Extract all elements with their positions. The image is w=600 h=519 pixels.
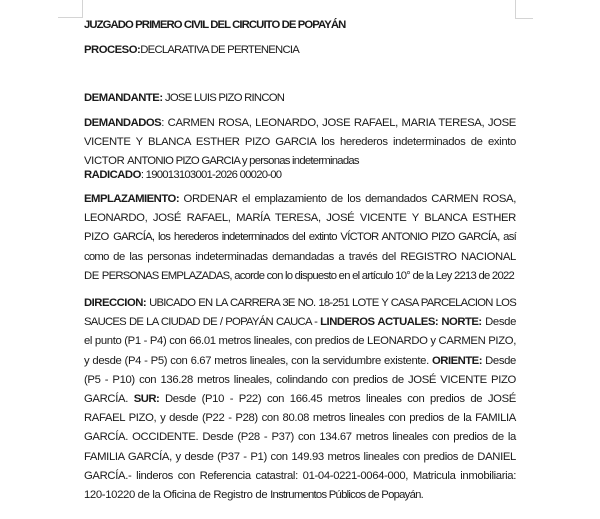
emplazamiento-label: EMPLAZAMIENTO:: [84, 193, 179, 205]
proceso-label: PROCESO:: [84, 44, 140, 56]
demandados-paragraph: DEMANDADOS: CARMEN ROSA, LEONARDO, JOSE …: [84, 114, 516, 172]
demandados-label: DEMANDADOS: [84, 117, 161, 129]
oriente-label: ORIENTE:: [432, 355, 482, 367]
closing-text: Instrumentos Públicos de Popayán.: [270, 489, 423, 501]
proceso-line: PROCESO:DECLARATIVA DE PERTENENCIA: [84, 41, 516, 60]
sur-value: Desde (P10 - P22) con 166.45 metros line…: [84, 393, 516, 501]
direccion-paragraph: DIRECCION: UBICADO EN LA CARRERA 3E NO. …: [84, 294, 516, 505]
demandante-value: JOSE LUIS PIZO RINCON: [163, 92, 285, 104]
proceso-value: DECLARATIVA DE PERTENENCIA: [140, 44, 299, 56]
court-heading: JUZGADO PRIMERO CIVIL DEL CIRCUITO DE PO…: [84, 16, 516, 35]
direccion-value-2: SAUCES DE LA CIUDAD DE / POPAYÁN CAUCA -: [84, 316, 320, 328]
emplazamiento-value-4: PERSONAS EMPLAZADAS, acorde con lo dispu…: [102, 270, 514, 282]
emplazamiento-paragraph: EMPLAZAMIENTO: ORDENAR el emplazamiento …: [84, 190, 516, 286]
radicado-value: : 190013103001-2026 00020-00: [141, 169, 281, 181]
radicado-line: RADICADO: 190013103001-2026 00020-00: [84, 166, 516, 185]
direccion-value: UBICADO EN LA CARRERA 3E NO. 18-251 LOTE…: [146, 297, 516, 309]
demandante-label: DEMANDANTE:: [84, 92, 163, 104]
sur-label: SUR:: [134, 393, 160, 405]
page-margin-corner-top-right: [515, 0, 533, 19]
demandante-line: DEMANDANTE: JOSE LUIS PIZO RINCON: [84, 89, 516, 108]
radicado-label: RADICADO: [84, 169, 141, 181]
linderos-norte-label: LINDEROS ACTUALES: NORTE:: [320, 316, 482, 328]
page-margin-corner-top-left: [58, 0, 83, 18]
direccion-label: DIRECCION:: [84, 297, 146, 309]
